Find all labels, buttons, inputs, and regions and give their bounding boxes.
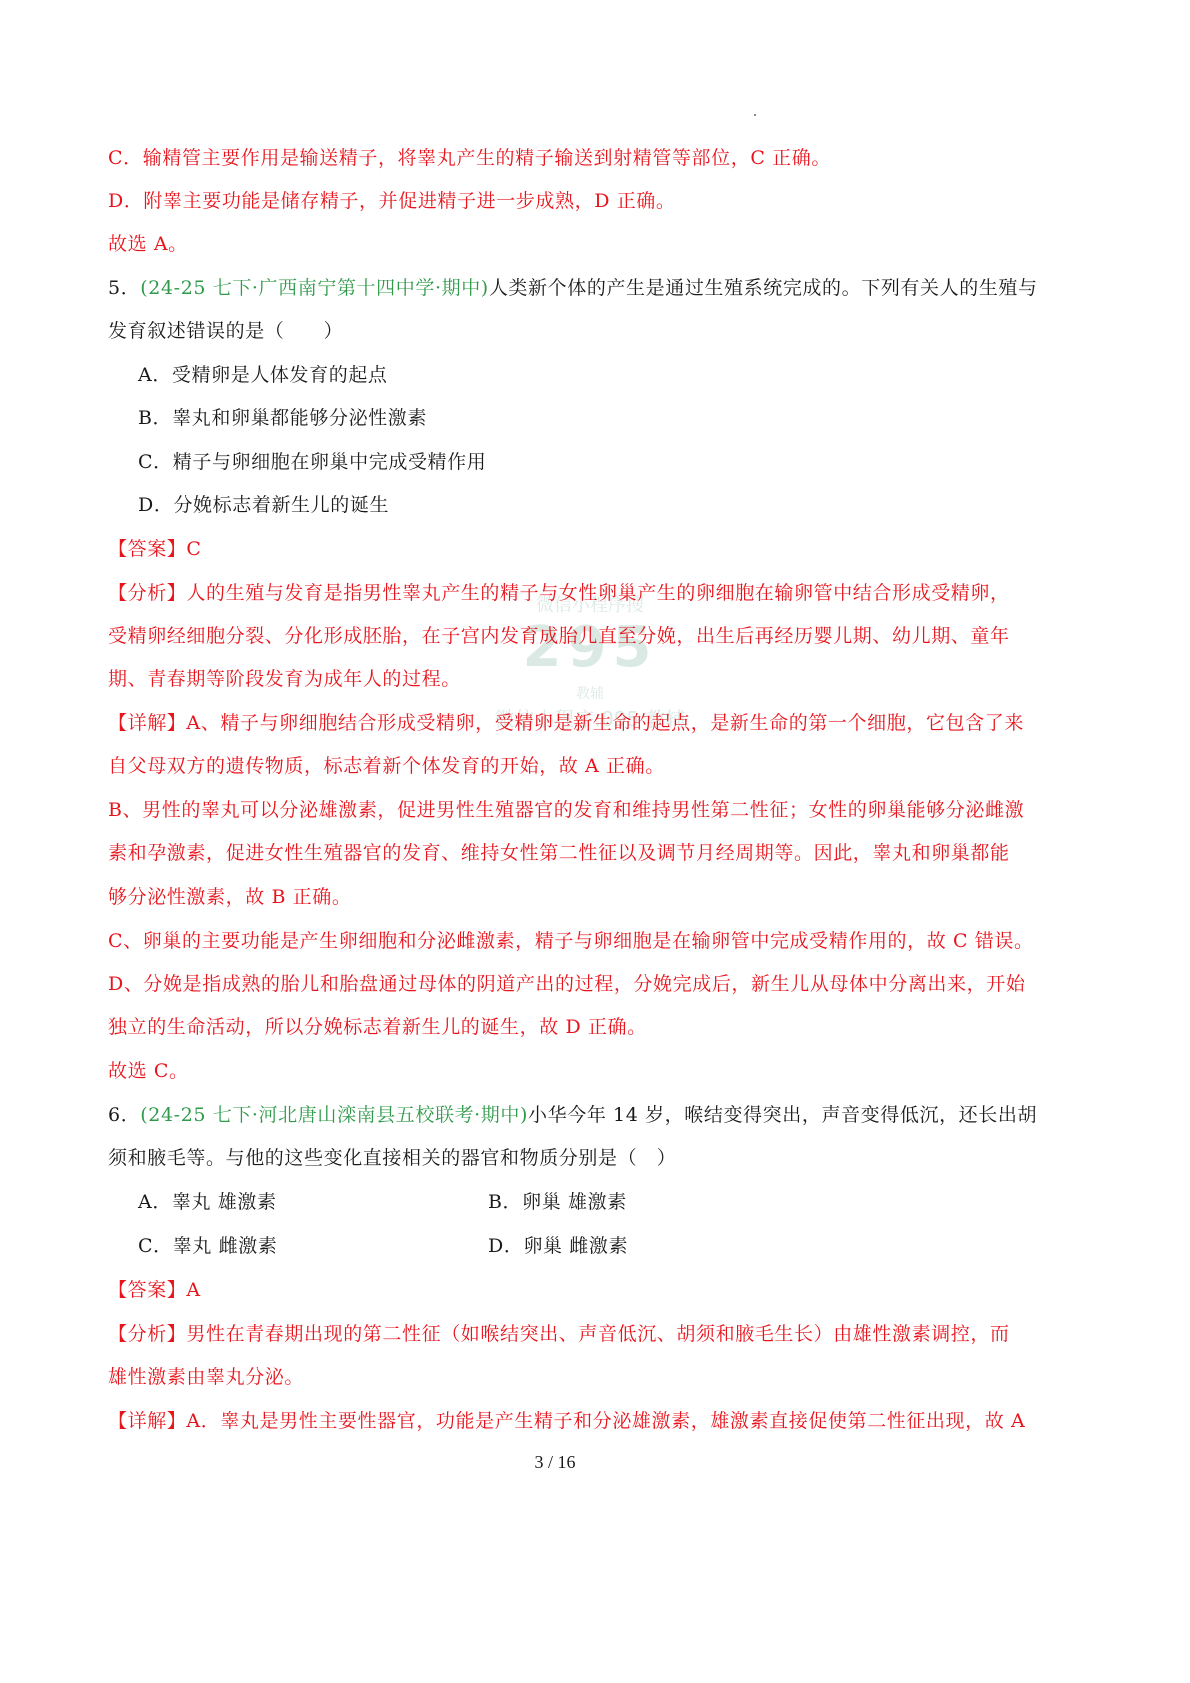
option-label: B． (138, 407, 172, 429)
q6-analysis-line2: 雄性激素由睾丸分泌。 (108, 1365, 304, 1389)
q6-number: 6． (108, 1104, 140, 1126)
document-page: 微信小程序搜 295 教辅 微信小程序:095 教辅 C．输精管主要作用是输送精… (0, 0, 1190, 1683)
q6-option-b: B．卵巢 雄激素 (488, 1190, 627, 1214)
option-text: 睾丸 雌激素 (173, 1235, 278, 1257)
option-label: C． (138, 451, 173, 473)
q5-detail-line2: 自父母双方的遗传物质，标志着新个体发育的开始，故 A 正确。 (108, 754, 665, 778)
page-number: 3 / 16 (0, 1452, 1110, 1473)
q5-stem-line2: 发育叙述错误的是（ ） (108, 319, 343, 343)
q5-stem-text: 人类新个体的产生是通过生殖系统完成的。下列有关人的生殖与 (489, 277, 1038, 299)
prev-conclusion: 故选 A。 (108, 232, 188, 256)
q5-option-b: B．睾丸和卵巢都能够分泌性激素 (138, 406, 427, 430)
q5-stem-line1: 5．(24-25 七下·广西南宁第十四中学·期中)人类新个体的产生是通过生殖系统… (108, 276, 1038, 300)
q5-conclusion: 故选 C。 (108, 1059, 189, 1083)
q5-analysis-line3: 期、青春期等阶段发育为成年人的过程。 (108, 667, 461, 691)
option-label: D． (138, 494, 173, 516)
option-label: A． (138, 364, 172, 386)
q5-answer: 【答案】C (108, 537, 202, 561)
q5-detail-line7: D、分娩是指成熟的胎儿和胎盘通过母体的阴道产出的过程，分娩完成后，新生儿从母体中… (108, 972, 1025, 996)
q6-source: (24-25 七下·河北唐山滦南县五校联考·期中) (140, 1104, 528, 1126)
watermark-line3: 教辅 (450, 683, 730, 703)
q5-detail-line1: 【详解】A、精子与卵细胞结合形成受精卵，受精卵是新生命的起点，是新生命的第一个细… (108, 711, 1024, 735)
q5-detail-line8: 独立的生命活动，所以分娩标志着新生儿的诞生，故 D 正确。 (108, 1015, 647, 1039)
q6-option-c: C．睾丸 雌激素 (138, 1234, 277, 1258)
q5-detail-line6: C、卵巢的主要功能是产生卵细胞和分泌雌激素，精子与卵细胞是在输卵管中完成受精作用… (108, 929, 1034, 953)
q5-detail-line3: B、男性的睾丸可以分泌雄激素，促进男性生殖器官的发育和维持男性第二性征；女性的卵… (108, 798, 1024, 822)
q5-option-a: A．受精卵是人体发育的起点 (138, 363, 388, 387)
q5-option-d: D．分娩标志着新生儿的诞生 (138, 493, 389, 517)
q5-source: (24-25 七下·广西南宁第十四中学·期中) (140, 277, 489, 299)
option-text: 卵巢 雄激素 (522, 1191, 627, 1213)
q5-number: 5． (108, 277, 140, 299)
q5-option-c: C．精子与卵细胞在卵巢中完成受精作用 (138, 450, 486, 474)
q6-analysis-line1: 【分析】男性在青春期出现的第二性征（如喉结突出、声音低沉、胡须和腋毛生长）由雄性… (108, 1322, 1010, 1346)
option-text: 睾丸和卵巢都能够分泌性激素 (172, 407, 427, 429)
option-label: C． (138, 1235, 173, 1257)
q6-stem-text: 小华今年 14 岁，喉结变得突出，声音变得低沉，还长出胡 (528, 1104, 1037, 1126)
q5-detail-line4: 素和孕激素，促进女性生殖器官的发育、维持女性第二性征以及调节月经周期等。因此，睾… (108, 841, 1010, 865)
q6-detail-line1: 【详解】A．睾丸是男性主要性器官，功能是产生精子和分泌雄激素，雄激素直接促使第二… (108, 1409, 1025, 1433)
option-text: 卵巢 雌激素 (523, 1235, 628, 1257)
option-label: B． (488, 1191, 522, 1213)
q5-analysis-line1: 【分析】人的生殖与发育是指男性睾丸产生的精子与女性卵巢产生的卵细胞在输卵管中结合… (108, 581, 1010, 605)
option-text: 分娩标志着新生儿的诞生 (173, 494, 389, 516)
option-text: 睾丸 雄激素 (172, 1191, 277, 1213)
option-label: D． (488, 1235, 523, 1257)
q5-analysis-line2: 受精卵经细胞分裂、分化形成胚胎，在子宫内发育成胎儿直至分娩，出生后再经历婴儿期、… (108, 624, 1010, 648)
q6-stem-line1: 6．(24-25 七下·河北唐山滦南县五校联考·期中)小华今年 14 岁，喉结变… (108, 1103, 1037, 1127)
prev-option-c-explanation: C．输精管主要作用是输送精子，将睾丸产生的精子输送到射精管等部位，C 正确。 (108, 146, 831, 170)
prev-option-d-explanation: D．附睾主要功能是储存精子，并促进精子进一步成熟，D 正确。 (108, 189, 676, 213)
q5-detail-line5: 够分泌性激素，故 B 正确。 (108, 885, 351, 909)
option-text: 精子与卵细胞在卵巢中完成受精作用 (173, 451, 487, 473)
q6-stem-line2: 须和腋毛等。与他的这些变化直接相关的器官和物质分别是（ ） (108, 1146, 676, 1170)
q6-option-d: D．卵巢 雌激素 (488, 1234, 628, 1258)
option-text: 受精卵是人体发育的起点 (172, 364, 388, 386)
q6-answer: 【答案】A (108, 1278, 201, 1302)
option-label: A． (138, 1191, 172, 1213)
q6-option-a: A．睾丸 雄激素 (138, 1190, 277, 1214)
stray-dot (754, 114, 756, 116)
